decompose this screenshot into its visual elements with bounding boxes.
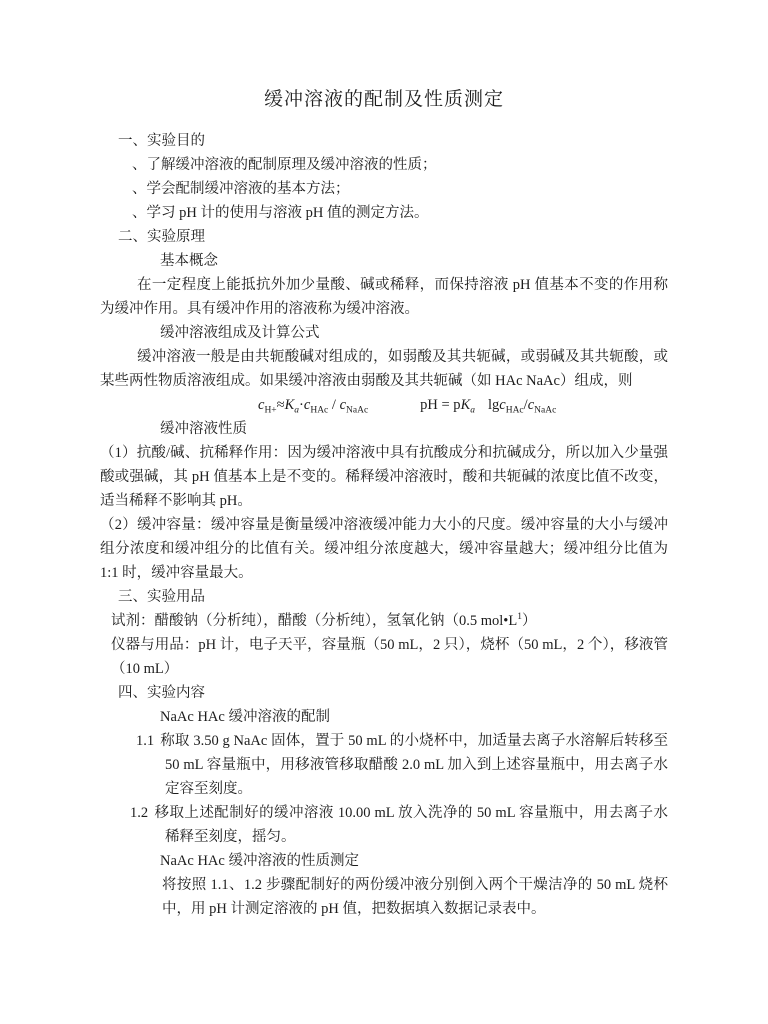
purpose-item-2: 、学会配制缓冲溶液的基本方法；	[132, 177, 668, 201]
step-number: 1.1	[136, 733, 154, 749]
section-3-heading: 三、实验用品	[118, 585, 668, 609]
step-text: 移取上述配制好的缓冲溶液 10.00 mL 放入洗净的 50 mL 容量瓶中，用…	[154, 805, 668, 845]
purpose-item-3: 、学习 pH 计的使用与溶液 pH 值的测定方法。	[132, 201, 668, 225]
paragraph-buffer-definition: 在一定程度上能抵抗外加少量酸、碱或稀释，而保持溶液 pH 值基本不变的作用称为缓…	[100, 273, 668, 321]
document-page: 缓冲溶液的配制及性质测定 一、实验目的 、了解缓冲溶液的配制原理及缓冲溶液的性质…	[0, 0, 768, 1024]
formula-line: cH+≈Ka·cHAc / cNaAc pH = pKalgcHAc/cNaAc	[258, 393, 668, 417]
subheading-composition-formula: 缓冲溶液组成及计算公式	[160, 321, 668, 345]
reagents-line: 试剂：醋酸钠（分析纯），醋酸（分析纯），氢氧化钠（0.5 mol•L1）	[111, 609, 668, 633]
paragraph-property-1: （1）抗酸/碱、抗稀释作用：因为缓冲溶液中具有抗酸成分和抗碱成分，所以加入少量强…	[100, 441, 668, 513]
step-text: 称取 3.50 g NaAc 固体，置于 50 mL 的小烧杯中，加适量去离子水…	[160, 733, 668, 797]
section-2-heading: 二、实验原理	[118, 225, 668, 249]
formula-ph: pH = pKalgcHAc/cNaAc	[420, 393, 556, 417]
paragraph-property-2: （2）缓冲容量：缓冲容量是衡量缓冲溶液缓冲能力大小的尺度。缓冲容量的大小与缓冲组…	[100, 513, 668, 585]
subheading-buffer-preparation: NaAc HAc 缓冲溶液的配制	[160, 705, 668, 729]
subheading-basic-concept: 基本概念	[160, 249, 668, 273]
purpose-item-1: 、了解缓冲溶液的配制原理及缓冲溶液的性质；	[132, 153, 668, 177]
section-1-heading: 一、实验目的	[118, 129, 668, 153]
paragraph-buffer-composition: 缓冲溶液一般是由共轭酸碱对组成的，如弱酸及其共轭碱，或弱碱及其共轭酸，或某些两性…	[100, 345, 668, 393]
step-1-2: 1.2移取上述配制好的缓冲溶液 10.00 mL 放入洗净的 50 mL 容量瓶…	[100, 801, 668, 849]
step-1-1: 1.1称取 3.50 g NaAc 固体，置于 50 mL 的小烧杯中，加适量去…	[100, 729, 668, 801]
formula-concentration: cH+≈Ka·cHAc / cNaAc	[258, 393, 368, 417]
document-title: 缓冲溶液的配制及性质测定	[100, 86, 668, 114]
paragraph-measurement-procedure: 将按照 1.1、1.2 步骤配制好的两份缓冲液分别倒入两个干燥洁净的 50 mL…	[162, 873, 668, 921]
instruments-line: 仪器与用品：pH 计，电子天平，容量瓶（50 mL，2 只），烧杯（50 mL，…	[111, 633, 668, 681]
subheading-buffer-properties: 缓冲溶液性质	[160, 417, 668, 441]
section-4-heading: 四、实验内容	[118, 681, 668, 705]
subheading-property-measurement: NaAc HAc 缓冲溶液的性质测定	[160, 849, 668, 873]
step-number: 1.2	[130, 805, 148, 821]
